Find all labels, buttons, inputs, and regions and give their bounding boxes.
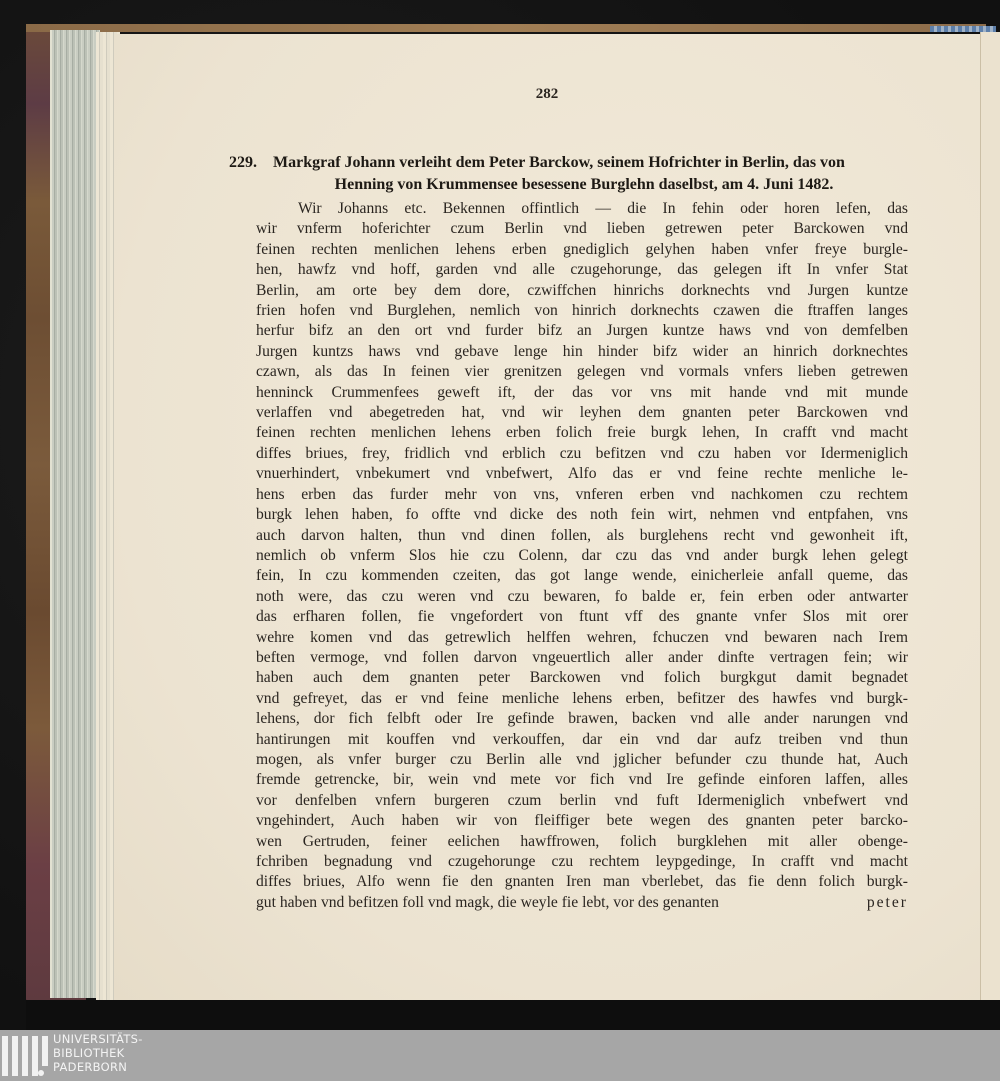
text-line: vnd gefreyet, das er vnd feine menliche …	[256, 689, 908, 709]
text-line: nemlich ob vnferm Slos hie czu Colenn, d…	[256, 546, 908, 566]
text-line: vnuerhindert, vnbekumert vnd vnbefwert, …	[256, 464, 908, 484]
book-cover-top	[26, 24, 986, 32]
page-number: 282	[114, 86, 980, 103]
text-line: vor denfelben vnfern burgeren czum berli…	[256, 791, 908, 811]
text-line: fremde getrencke, bir, wein vnd mete vor…	[256, 770, 908, 790]
text-line: diffes briues, Alfo wenn fie den gnanten…	[256, 872, 908, 892]
document-heading: 229.Markgraf Johann verleiht dem Peter B…	[229, 152, 909, 196]
text-line: herfur bifz an den ort vnd furder bifz a…	[256, 321, 908, 341]
logo-line-3: PADERBORN	[53, 1060, 143, 1074]
text-line: wehre komen vnd das getrewlich helffen w…	[256, 628, 908, 648]
text-line: haben auch dem gnanten peter Barckowen v…	[256, 668, 908, 688]
text-line: wir vnferm hoferichter czum Berlin vnd l…	[256, 219, 908, 239]
text-line: wen Gertruden, feiner eelichen hawffrowe…	[256, 832, 908, 852]
text-line: hens erben das furder mehr von vns, vnfe…	[256, 485, 908, 505]
scan-bottom-shadow	[26, 1000, 1000, 1030]
text-line: hen, hawfz vnd hoff, garden vnd alle czu…	[256, 260, 908, 280]
document-body: Wir Johanns etc. Bekennen offintlich — d…	[256, 199, 908, 913]
text-line: Wir Johanns etc. Bekennen offintlich — d…	[256, 199, 908, 219]
text-line: diffes briues, frey, fridlich vnd erblic…	[256, 444, 908, 464]
page-stack-edges	[50, 30, 100, 998]
library-logo-text: UNIVERSITÄTS- BIBLIOTHEK PADERBORN	[53, 1032, 143, 1074]
text-line: henninck Crummenfees geweft ift, der das…	[256, 383, 908, 403]
facing-page-edge	[980, 32, 1000, 1000]
text-line: fchriben begnadung vnd czugehorunge czu …	[256, 852, 908, 872]
logo-line-1: UNIVERSITÄTS-	[53, 1032, 143, 1046]
text-line: Berlin, am orte bey dem dore, czwiffchen…	[256, 281, 908, 301]
text-line: fein, In czu kommenden czeiten, das got …	[256, 566, 908, 586]
book-page: 282 229.Markgraf Johann verleiht dem Pet…	[114, 34, 980, 1006]
text-line-last-body: gut haben vnd befitzen foll vnd magk, di…	[256, 894, 719, 911]
text-line: frien hofen vnd Burglehen, nemlich von h…	[256, 301, 908, 321]
text-line: czawn, als das In feinen vier grenitzen …	[256, 362, 908, 382]
text-line: feinen rechten menlichen lehens erben fo…	[256, 423, 908, 443]
text-line-last: gut haben vnd befitzen foll vnd magk, di…	[256, 893, 908, 913]
text-line: lehens, dor fich felbft oder Ire gefinde…	[256, 709, 908, 729]
library-footer-bar: UNIVERSITÄTS- BIBLIOTHEK PADERBORN	[0, 1030, 1000, 1081]
logo-line-2: BIBLIOTHEK	[53, 1046, 143, 1060]
heading-line-1: Markgraf Johann verleiht dem Peter Barck…	[273, 154, 845, 171]
heading-line-2: Henning von Krummensee besessene Burgleh…	[229, 174, 909, 196]
text-line: burgk lehen haben, fo offte vnd dicke de…	[256, 505, 908, 525]
logo-dot-icon	[38, 1070, 44, 1076]
text-line: feinen rechten menlichen lehens erben gn…	[256, 240, 908, 260]
text-line: noth were, das czu weren vnd czu bewaren…	[256, 587, 908, 607]
text-line: auch darvon halten, thun vnd dinen folle…	[256, 526, 908, 546]
text-line: das erfharen follen, fie vngefordert von…	[256, 607, 908, 627]
text-line: beften vermoge, vnd follen darvon vngeue…	[256, 648, 908, 668]
text-line: hantirungen mit kouffen vnd verkouffen, …	[256, 730, 908, 750]
text-line: mogen, als vnfer burger czu Berlin alle …	[256, 750, 908, 770]
text-line-last-tail: peter	[867, 893, 908, 913]
text-line: verlaffen vnd abegetreden hat, vnd wir l…	[256, 403, 908, 423]
text-line: vngehindert, Auch haben wir von fleiffig…	[256, 811, 908, 831]
text-line: Jurgen kuntzs haws vnd gebave lenge hin …	[256, 342, 908, 362]
document-number: 229.	[229, 152, 273, 174]
